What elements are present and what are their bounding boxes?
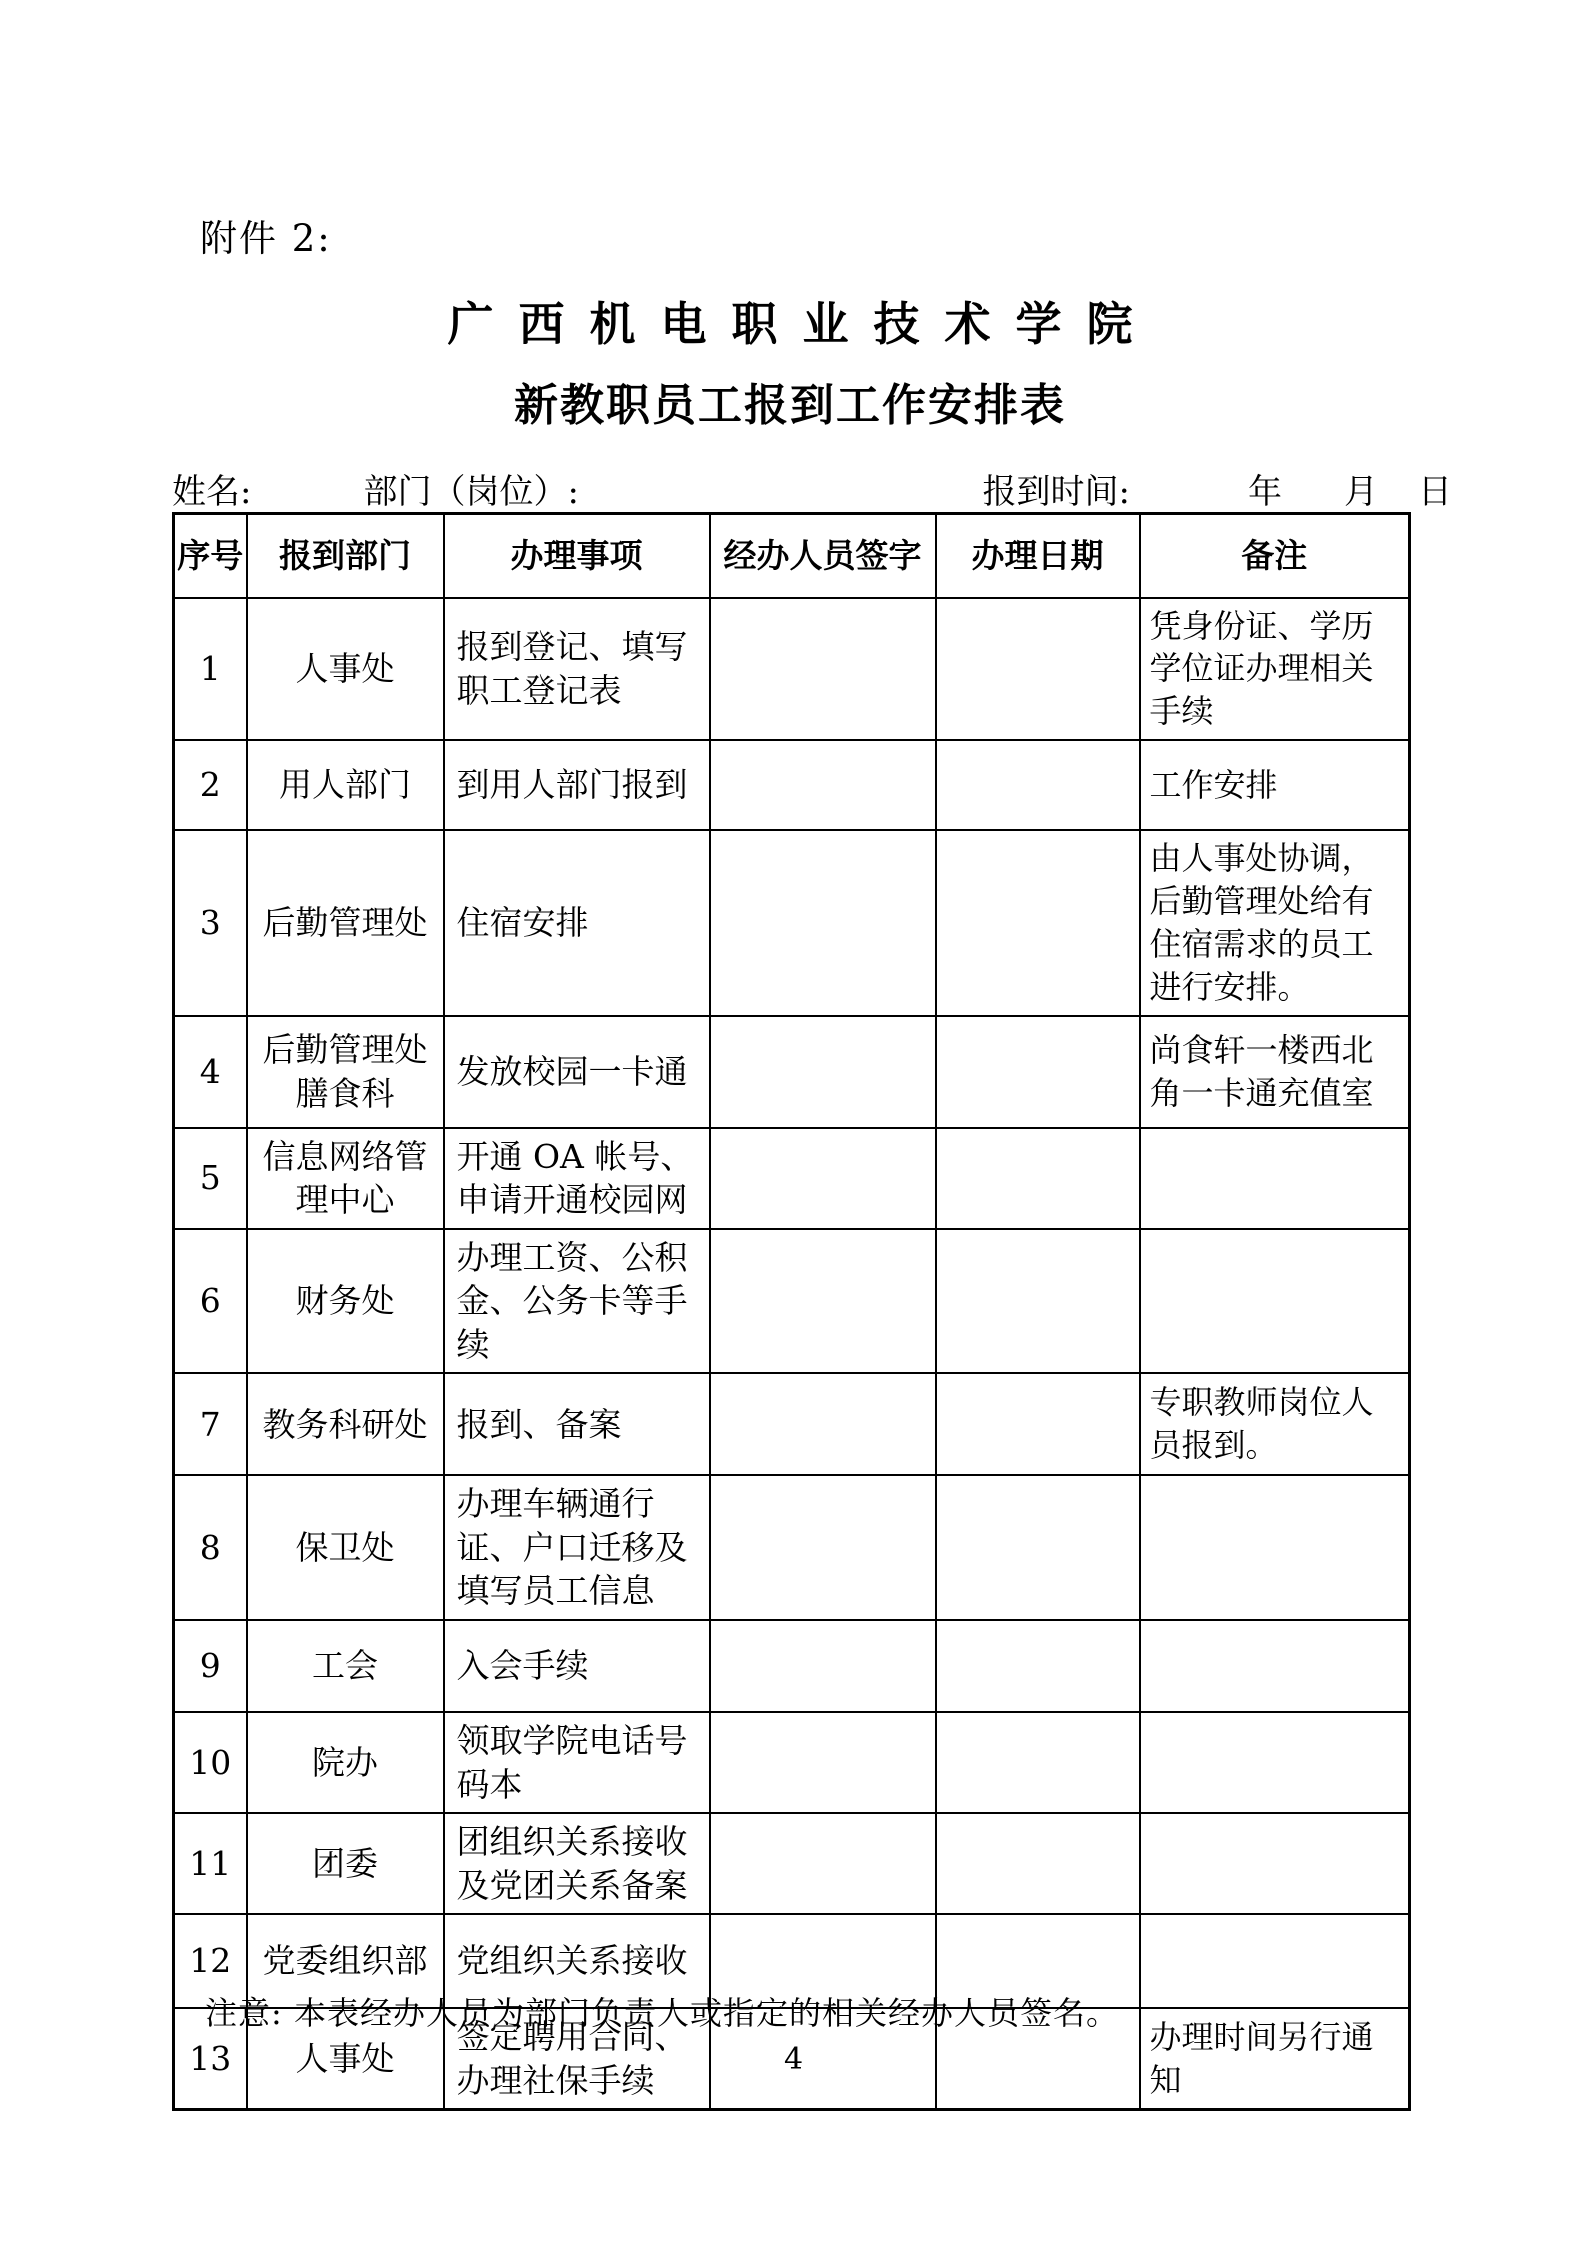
cell-no: 2 [174, 740, 247, 830]
cell-date [936, 598, 1140, 741]
cell-item: 开通 OA 帐号、申请开通校园网 [444, 1128, 710, 1229]
cell-remark: 专职教师岗位人员报到。 [1140, 1373, 1410, 1475]
cell-date [936, 830, 1140, 1016]
cell-item: 发放校园一卡通 [444, 1016, 710, 1128]
table-header-row: 序号 报到部门 办理事项 经办人员签字 办理日期 备注 [174, 514, 1410, 598]
cell-dept: 用人部门 [247, 740, 444, 830]
cell-no: 4 [174, 1016, 247, 1128]
table-row: 9 工会 入会手续 [174, 1620, 1410, 1712]
footer-note: 注意: 本表经办人员为部门负责人或指定的相关经办人员签名。 [205, 1988, 1119, 2034]
page-title: 广西机电职业技术学院 [172, 288, 1408, 354]
cell-no: 7 [174, 1373, 247, 1475]
cell-sign [710, 1128, 936, 1229]
header-cell-sign: 经办人员签字 [710, 514, 936, 598]
cell-no: 9 [174, 1620, 247, 1712]
cell-no: 1 [174, 598, 247, 741]
cell-date [936, 1620, 1140, 1712]
cell-no: 5 [174, 1128, 247, 1229]
cell-date [936, 740, 1140, 830]
cell-remark [1140, 1712, 1410, 1813]
cell-item: 报到、备案 [444, 1373, 710, 1475]
cell-sign [710, 1813, 936, 1914]
table-row: 6 财务处 办理工资、公积金、公务卡等手续 [174, 1229, 1410, 1374]
cell-sign [710, 1475, 936, 1620]
header-cell-dept: 报到部门 [247, 514, 444, 598]
cell-dept: 财务处 [247, 1229, 444, 1374]
document-page: 附件 2: 广西机电职业技术学院 新教职员工报到工作安排表 姓名: 部门（岗位）… [0, 0, 1587, 2245]
attachment-label: 附件 2: [200, 208, 332, 262]
cell-date [936, 1475, 1140, 1620]
cell-remark: 凭身份证、学历学位证办理相关手续 [1140, 598, 1410, 741]
table-row: 3 后勤管理处 住宿安排 由人事处协调，后勤管理处给有住宿需求的员工进行安排。 [174, 830, 1410, 1016]
cell-dept: 教务科研处 [247, 1373, 444, 1475]
page-subtitle: 新教职员工报到工作安排表 [172, 369, 1408, 433]
cell-remark: 由人事处协调，后勤管理处给有住宿需求的员工进行安排。 [1140, 830, 1410, 1016]
cell-date [936, 1373, 1140, 1475]
cell-item: 办理工资、公积金、公务卡等手续 [444, 1229, 710, 1374]
header-cell-item: 办理事项 [444, 514, 710, 598]
cell-date [936, 1813, 1140, 1914]
cell-sign [710, 598, 936, 741]
name-label: 姓名: [172, 464, 251, 513]
table-row: 4 后勤管理处膳食科 发放校园一卡通 尚食轩一楼西北角一卡通充值室 [174, 1016, 1410, 1128]
cell-date [936, 1128, 1140, 1229]
table-row: 10 院办 领取学院电话号码本 [174, 1712, 1410, 1813]
cell-remark: 尚食轩一楼西北角一卡通充值室 [1140, 1016, 1410, 1128]
cell-dept: 信息网络管理中心 [247, 1128, 444, 1229]
cell-remark [1140, 1128, 1410, 1229]
cell-no: 6 [174, 1229, 247, 1374]
cell-item: 住宿安排 [444, 830, 710, 1016]
header-cell-remark: 备注 [1140, 514, 1410, 598]
cell-remark [1140, 1914, 1410, 2008]
arrangement-table: 序号 报到部门 办理事项 经办人员签字 办理日期 备注 1 人事处 报到登记、填… [172, 512, 1411, 2111]
year-label: 年 [1248, 464, 1282, 513]
cell-sign [710, 740, 936, 830]
cell-remark [1140, 1475, 1410, 1620]
cell-remark: 工作安排 [1140, 740, 1410, 830]
cell-item: 报到登记、填写职工登记表 [444, 598, 710, 741]
cell-item: 到用人部门报到 [444, 740, 710, 830]
cell-no: 10 [174, 1712, 247, 1813]
cell-sign [710, 1373, 936, 1475]
cell-remark [1140, 1813, 1410, 1914]
day-label: 日 [1418, 464, 1452, 513]
month-label: 月 [1344, 464, 1378, 513]
cell-no: 3 [174, 830, 247, 1016]
cell-dept: 人事处 [247, 598, 444, 741]
cell-dept: 院办 [247, 1712, 444, 1813]
page-number: 4 [0, 2042, 1587, 2077]
cell-date [936, 1229, 1140, 1374]
report-time-label: 报到时间: [983, 464, 1130, 513]
cell-sign [710, 830, 936, 1016]
header-cell-date: 办理日期 [936, 514, 1140, 598]
cell-item: 入会手续 [444, 1620, 710, 1712]
cell-dept: 工会 [247, 1620, 444, 1712]
cell-no: 11 [174, 1813, 247, 1914]
cell-item: 领取学院电话号码本 [444, 1712, 710, 1813]
table-row: 1 人事处 报到登记、填写职工登记表 凭身份证、学历学位证办理相关手续 [174, 598, 1410, 741]
info-line: 姓名: 部门（岗位）: 报到时间: 年 月 日 [172, 464, 1452, 513]
table-row: 2 用人部门 到用人部门报到 工作安排 [174, 740, 1410, 830]
cell-dept: 后勤管理处膳食科 [247, 1016, 444, 1128]
table-row: 7 教务科研处 报到、备案 专职教师岗位人员报到。 [174, 1373, 1410, 1475]
cell-dept: 团委 [247, 1813, 444, 1914]
cell-sign [710, 1016, 936, 1128]
cell-dept: 保卫处 [247, 1475, 444, 1620]
cell-sign [710, 1229, 936, 1374]
table-row: 5 信息网络管理中心 开通 OA 帐号、申请开通校园网 [174, 1128, 1410, 1229]
table-row: 8 保卫处 办理车辆通行证、户口迁移及填写员工信息 [174, 1475, 1410, 1620]
dept-label: 部门（岗位）: [363, 464, 578, 513]
cell-item: 团组织关系接收及党团关系备案 [444, 1813, 710, 1914]
header-cell-no: 序号 [174, 514, 247, 598]
cell-no: 8 [174, 1475, 247, 1620]
cell-dept: 后勤管理处 [247, 830, 444, 1016]
cell-remark [1140, 1229, 1410, 1374]
cell-date [936, 1712, 1140, 1813]
table-row: 11 团委 团组织关系接收及党团关系备案 [174, 1813, 1410, 1914]
cell-remark [1140, 1620, 1410, 1712]
cell-item: 办理车辆通行证、户口迁移及填写员工信息 [444, 1475, 710, 1620]
cell-sign [710, 1620, 936, 1712]
cell-sign [710, 1712, 936, 1813]
cell-date [936, 1016, 1140, 1128]
